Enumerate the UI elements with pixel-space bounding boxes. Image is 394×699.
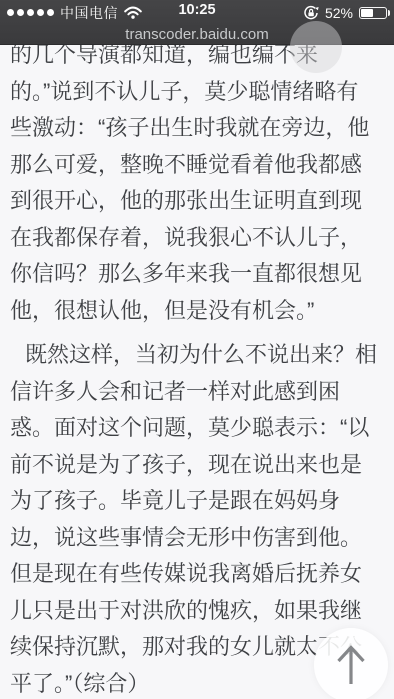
- signal-dot: [27, 9, 34, 16]
- text-line: 些激动：“孩子出生时我就在旁边，他: [10, 110, 384, 147]
- carrier-label: 中国电信: [60, 3, 118, 23]
- text-line: 惑。面对这个问题，莫少聪表示：“以: [10, 410, 384, 447]
- status-bar-right: 52%: [303, 5, 387, 21]
- orientation-lock-icon: [303, 5, 319, 21]
- text-line: 的。”说到不认儿子，莫少聪情绪略有: [10, 74, 384, 111]
- paragraph: 的几个导演都知道，编也编不来的。”说到不认儿子，莫少聪情绪略有些激动：“孩子出生…: [10, 44, 384, 329]
- up-arrow-icon: [335, 644, 367, 686]
- text-line: 他，很想认他，但是没有机会。”: [10, 293, 384, 330]
- text-line: 的几个导演都知道，编也编不来: [10, 44, 384, 74]
- text-line: 你信吗？那么多年来我一直都很想见: [10, 256, 384, 293]
- status-bar: 中国电信 10:25 52%: [0, 0, 394, 23]
- text-line: 为了孩子。毕竟儿子是跟在妈妈身: [10, 483, 384, 520]
- browser-header: 中国电信 10:25 52% transcoder.b: [0, 0, 394, 45]
- text-line: 信许多人会和记者一样对此感到困: [10, 374, 384, 411]
- signal-dot: [37, 9, 44, 16]
- article: 的几个导演都知道，编也编不来的。”说到不认儿子，莫少聪情绪略有些激动：“孩子出生…: [10, 44, 384, 699]
- wifi-icon: [124, 6, 142, 19]
- page-content: 的几个导演都知道，编也编不来的。”说到不认儿子，莫少聪情绪略有些激动：“孩子出生…: [0, 44, 394, 699]
- signal-strength-dots: [7, 9, 54, 16]
- text-line: 儿只是出于对洪欣的愧疚，如果我继: [10, 593, 384, 630]
- battery-fill: [361, 9, 373, 17]
- mobile-screen: 中国电信 10:25 52% transcoder.b: [0, 0, 394, 699]
- status-bar-left: 中国电信: [7, 3, 142, 23]
- url-text: transcoder.baidu.com: [125, 26, 268, 43]
- text-line: 那么可爱，整晚不睡觉看着他我都感: [10, 147, 384, 184]
- text-line: 但是现在有些传媒说我离婚后抚养女: [10, 556, 384, 593]
- text-line: 在我都保存着，说我狠心不认儿子，: [10, 220, 384, 257]
- battery-icon: [359, 7, 387, 19]
- text-line: 前不说是为了孩子，现在说出来也是: [10, 447, 384, 484]
- url-bar[interactable]: transcoder.baidu.com: [0, 23, 394, 46]
- text-line: 既然这样，当初为什么不说出来？相: [10, 337, 384, 374]
- scroll-to-top-button[interactable]: [314, 628, 388, 699]
- text-line: 边，说这些事情会无形中伤害到他。: [10, 520, 384, 557]
- battery-percent-label: 52%: [325, 5, 353, 21]
- signal-dot: [17, 9, 24, 16]
- text-line: 到很开心，他的那张出生证明直到现: [10, 183, 384, 220]
- signal-dot: [7, 9, 14, 16]
- signal-dot: [47, 9, 54, 16]
